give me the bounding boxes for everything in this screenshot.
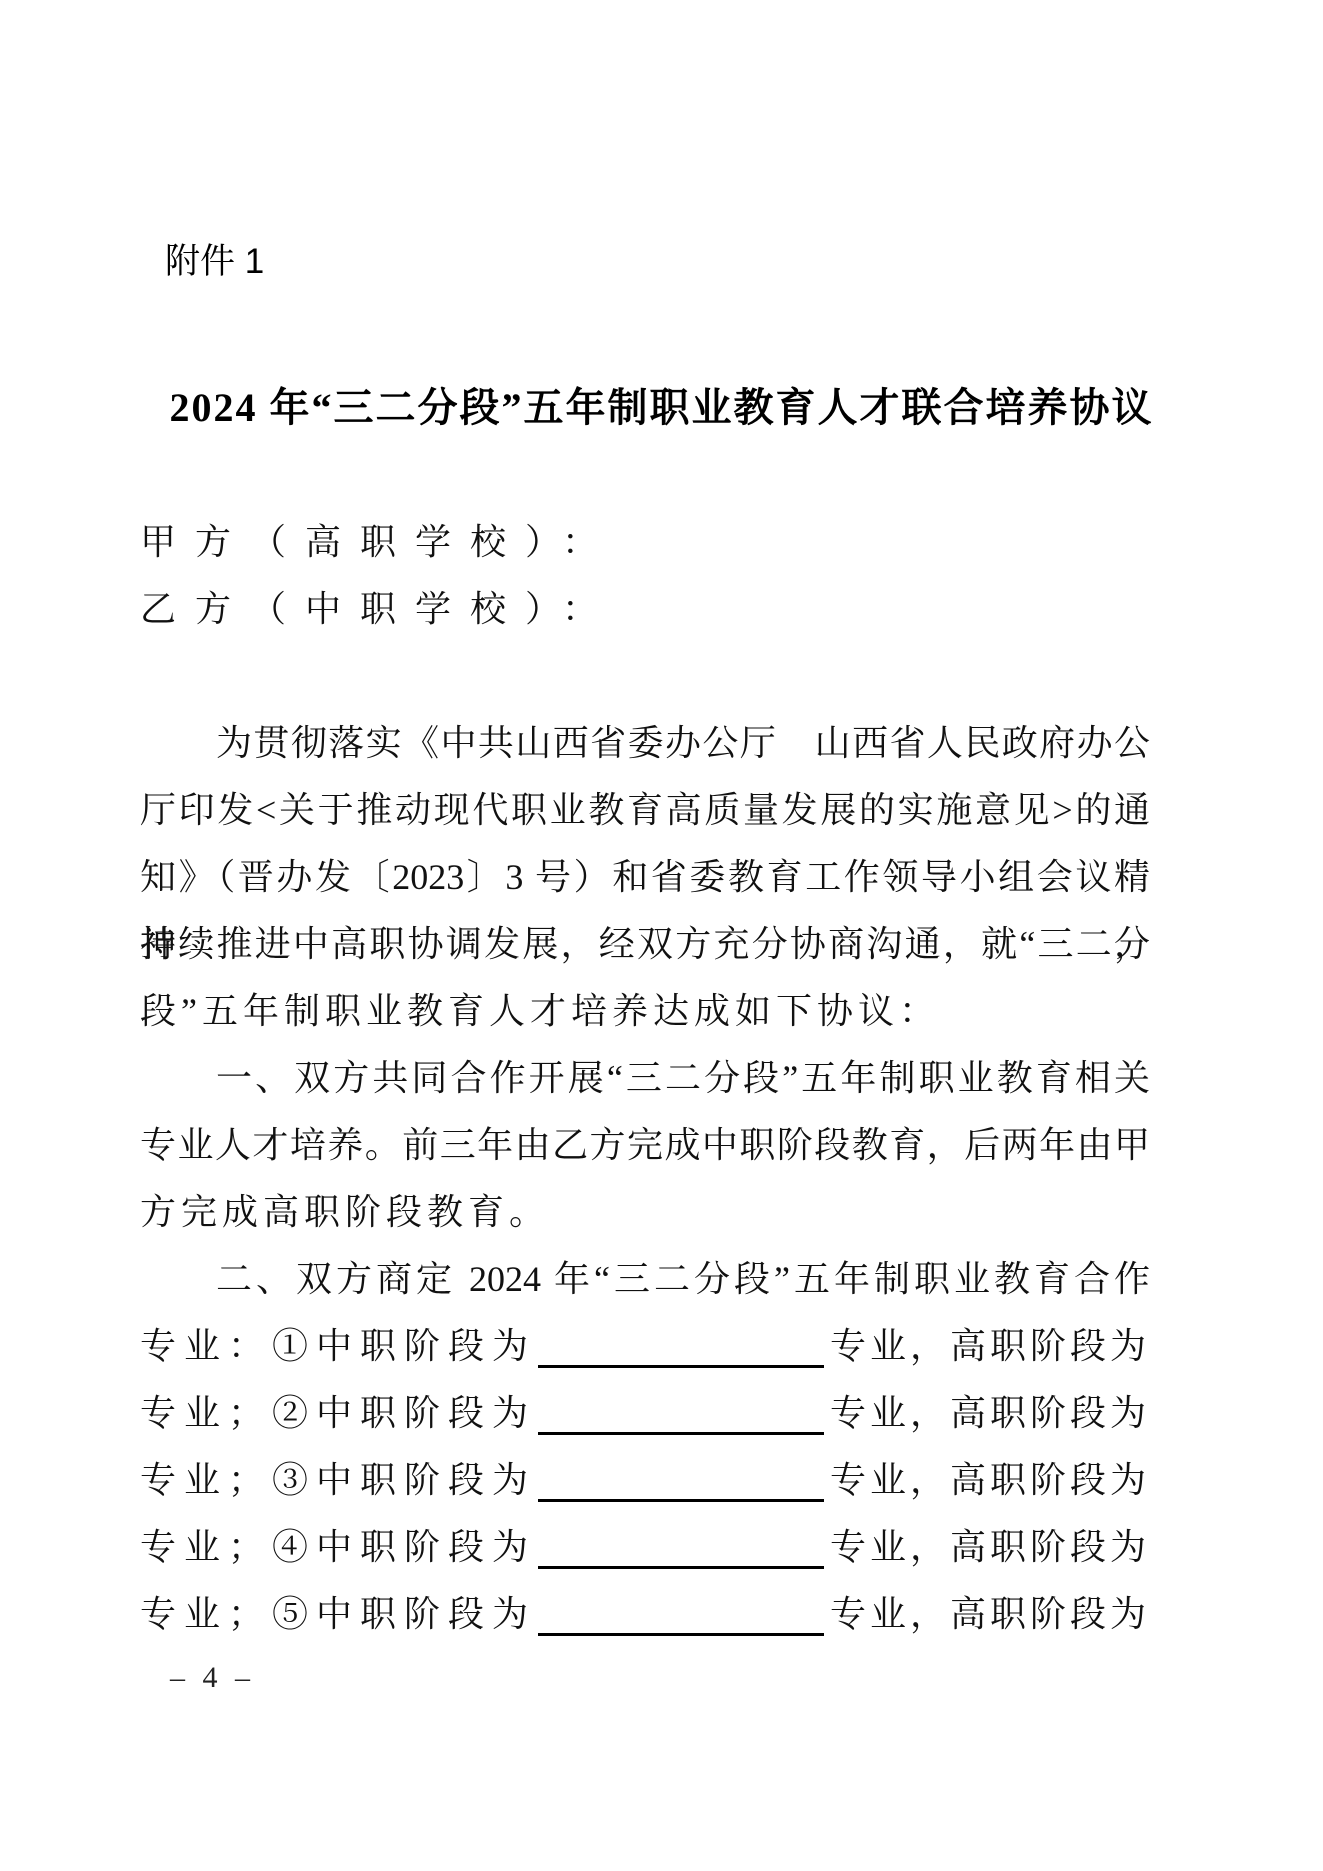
blank-line-prefix: 专业；④中职阶段为 xyxy=(140,1514,536,1581)
fill-in-blank xyxy=(538,1380,824,1435)
body-line: 专业；④中职阶段为专业，高职阶段为 xyxy=(140,1514,1150,1581)
body-line: 二、双方商定 2024 年“三二分段”五年制职业教育合作 xyxy=(140,1246,1150,1313)
party-b-line: 乙方（中职学校）： xyxy=(140,576,1150,643)
document-title: 2024 年“三二分段”五年制职业教育人才联合培养协议 xyxy=(0,382,1323,434)
body-line: 专业；⑤中职阶段为专业，高职阶段为 xyxy=(140,1581,1150,1648)
body-line: 专业：①中职阶段为专业，高职阶段为 xyxy=(140,1313,1150,1380)
body-lines: 为贯彻落实《中共山西省委办公厅 山西省人民政府办公厅印发<关于推动现代职业教育高… xyxy=(140,710,1150,1648)
fill-in-blank xyxy=(538,1581,824,1636)
body-line: 段”五年制职业教育人才培养达成如下协议： xyxy=(140,978,1150,1045)
blank-line-suffix: 专业，高职阶段为 xyxy=(830,1380,1150,1447)
body-line: 一、双方共同合作开展“三二分段”五年制职业教育相关 xyxy=(140,1045,1150,1112)
body-line: 为贯彻落实《中共山西省委办公厅 山西省人民政府办公 xyxy=(140,710,1150,777)
fill-in-blank xyxy=(538,1447,824,1502)
body-line: 厅印发<关于推动现代职业教育高质量发展的实施意见>的通 xyxy=(140,777,1150,844)
blank-line-prefix: 专业；⑤中职阶段为 xyxy=(140,1581,536,1648)
body-line: 专业；③中职阶段为专业，高职阶段为 xyxy=(140,1447,1150,1514)
attachment-label: 附件 1 xyxy=(165,240,264,284)
fill-in-blank xyxy=(538,1514,824,1569)
blank-line-suffix: 专业，高职阶段为 xyxy=(830,1447,1150,1514)
body-line: 专业人才培养。前三年由乙方完成中职阶段教育，后两年由甲 xyxy=(140,1112,1150,1179)
document-body: 甲方（高职学校）： 乙方（中职学校）： 为贯彻落实《中共山西省委办公厅 山西省人… xyxy=(140,509,1150,1648)
document-page: 附件 1 2024 年“三二分段”五年制职业教育人才联合培养协议 甲方（高职学校… xyxy=(0,0,1323,1871)
blank-line-prefix: 专业；③中职阶段为 xyxy=(140,1447,536,1514)
body-line: 知》（晋办发〔2023〕3 号）和省委教育工作领导小组会议精神， xyxy=(140,844,1150,911)
blank-line-prefix: 专业；②中职阶段为 xyxy=(140,1380,536,1447)
body-line: 方完成高职阶段教育。 xyxy=(140,1179,1150,1246)
body-line: 持续推进中高职协调发展，经双方充分协商沟通，就“三二分 xyxy=(140,911,1150,978)
blank-line-prefix: 专业：①中职阶段为 xyxy=(140,1313,536,1380)
blank-spacer-line xyxy=(140,643,1150,710)
party-a-line: 甲方（高职学校）： xyxy=(140,509,1150,576)
blank-line-suffix: 专业，高职阶段为 xyxy=(830,1313,1150,1380)
body-line: 专业；②中职阶段为专业，高职阶段为 xyxy=(140,1380,1150,1447)
blank-line-suffix: 专业，高职阶段为 xyxy=(830,1514,1150,1581)
fill-in-blank xyxy=(538,1313,824,1368)
blank-line-suffix: 专业，高职阶段为 xyxy=(830,1581,1150,1648)
page-number: – 4 – xyxy=(170,1660,255,1696)
